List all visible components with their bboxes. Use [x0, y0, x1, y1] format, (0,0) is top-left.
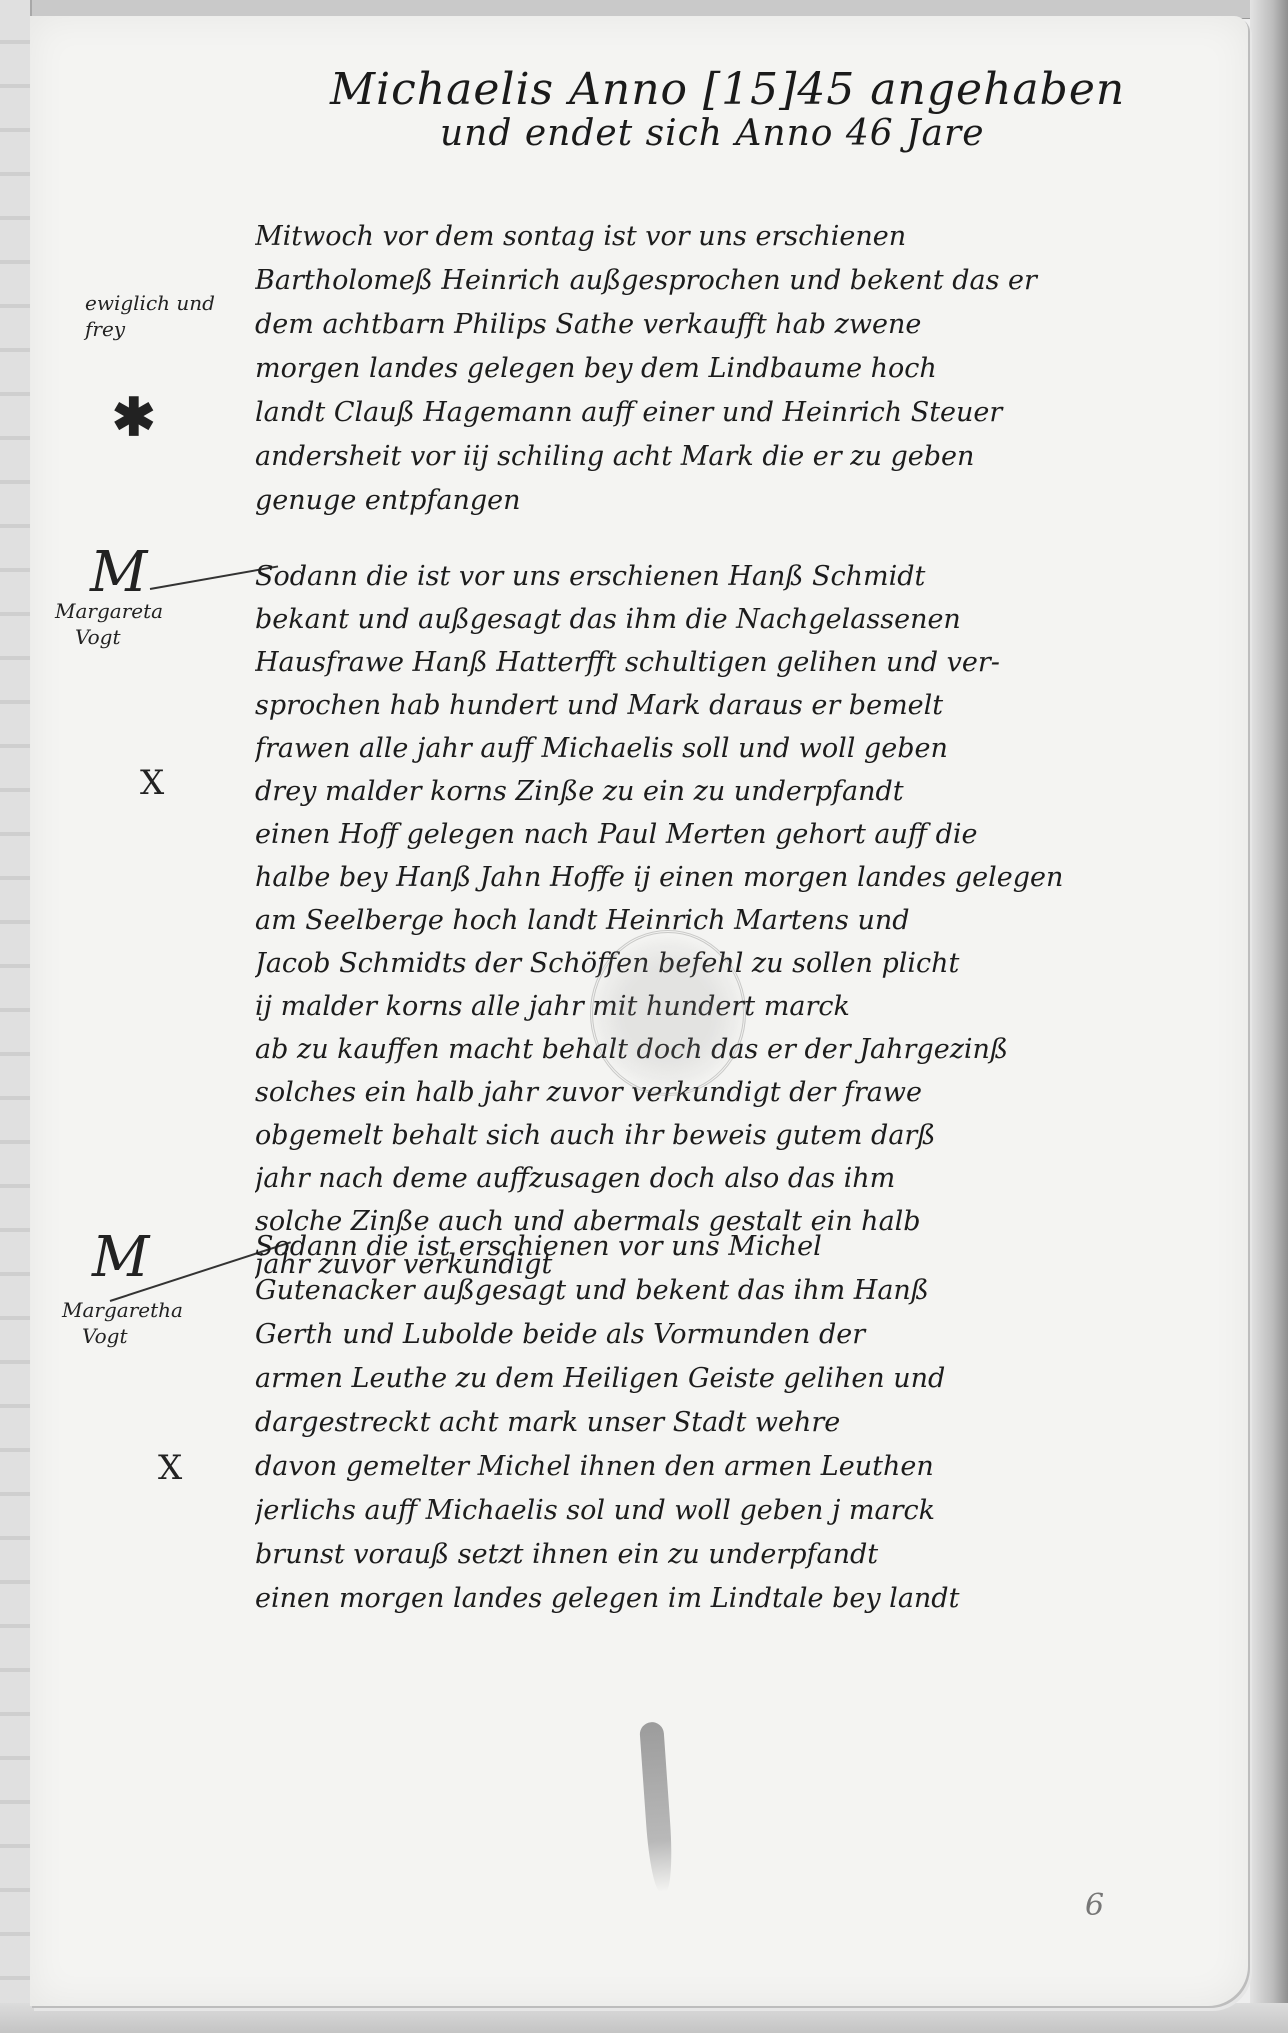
library-stamp-seal: [590, 930, 746, 1096]
cross-mark-icon: X: [140, 770, 164, 796]
margin-note-entry-2: Margareta Vogt: [55, 598, 163, 650]
entry-line: landt Clauß Hagemann auff einer und Hein…: [255, 391, 1230, 435]
entry-line: am Seelberge hoch landt Heinrich Martens…: [255, 899, 1230, 942]
entry-line: dem achtbarn Philips Sathe verkaufft hab…: [255, 303, 1230, 347]
entry-3: Sodann die ist erschienen vor uns Michel…: [255, 1225, 1230, 1621]
margin-note-line: Margaretha: [62, 1297, 183, 1323]
entry-line: Sodann die ist erschienen vor uns Michel: [255, 1225, 1230, 1269]
heading-line-1: Michaelis Anno [15]45 angehaben: [330, 64, 1125, 115]
margin-note-line: frey: [85, 316, 215, 342]
entry-line: solches ein halb jahr zuvor verkundigt d…: [255, 1071, 1230, 1114]
entry-line: einen morgen landes gelegen im Lindtale …: [255, 1577, 1230, 1621]
page-heading: Michaelis Anno [15]45 angehaben und ende…: [330, 68, 1150, 156]
asterisk-mark-icon: ✱: [112, 405, 156, 431]
margin-initial-m: M: [92, 1230, 149, 1286]
entry-line: Bartholomeß Heinrich außgesprochen und b…: [255, 259, 1230, 303]
entry-line: Hausfrawe Hanß Hatterfft schultigen geli…: [255, 641, 1230, 684]
heading-line-2: und endet sich Anno 46 Jare: [330, 112, 1150, 156]
cross-mark-icon: X: [158, 1455, 182, 1481]
entry-line: Mitwoch vor dem sontag ist vor uns ersch…: [255, 215, 1230, 259]
entry-line: genuge entpfangen: [255, 479, 1230, 523]
entry-line: bekant und außgesagt das ihm die Nachgel…: [255, 598, 1230, 641]
entry-line: morgen landes gelegen bey dem Lindbaume …: [255, 347, 1230, 391]
margin-note-line: Vogt: [55, 624, 163, 650]
entry-line: dargestreckt acht mark unser Stadt wehre: [255, 1401, 1230, 1445]
entry-line: davon gemelter Michel ihnen den armen Le…: [255, 1445, 1230, 1489]
book-spine: [0, 0, 32, 2033]
entry-line: jahr nach deme auffzusagen doch also das…: [255, 1157, 1230, 1200]
margin-note-line: Vogt: [62, 1323, 183, 1349]
entry-line: Gerth und Lubolde beide als Vormunden de…: [255, 1313, 1230, 1357]
entry-1: Mitwoch vor dem sontag ist vor uns ersch…: [255, 215, 1230, 523]
entry-line: einen Hoff gelegen nach Paul Merten geho…: [255, 813, 1230, 856]
entry-line: Sodann die ist vor uns erschienen Hanß S…: [255, 555, 1230, 598]
entry-line: halbe bey Hanß Jahn Hoffe ij einen morge…: [255, 856, 1230, 899]
entry-line: brunst vorauß setzt ihnen ein zu underpf…: [255, 1533, 1230, 1577]
entry-line: jerlichs auff Michaelis sol und woll geb…: [255, 1489, 1230, 1533]
book-bottom-edge: [0, 2003, 1288, 2033]
entry-line: armen Leuthe zu dem Heiligen Geiste geli…: [255, 1357, 1230, 1401]
entry-line: sprochen hab hundert und Mark daraus er …: [255, 684, 1230, 727]
entry-line: obgemelt behalt sich auch ihr beweis gut…: [255, 1114, 1230, 1157]
margin-note-entry-3: Margaretha Vogt: [62, 1297, 183, 1349]
margin-note-entry-1: ewiglich und frey: [85, 290, 215, 342]
entry-line: frawen alle jahr auff Michaelis soll und…: [255, 727, 1230, 770]
folio-number: 6: [1085, 1888, 1104, 1923]
margin-initial-m: M: [90, 545, 147, 601]
book-right-edge: [1250, 0, 1288, 2033]
entry-line: drey malder korns Zinße zu ein zu underp…: [255, 770, 1230, 813]
entry-line: andersheit vor iij schiling acht Mark di…: [255, 435, 1230, 479]
margin-note-line: ewiglich und: [85, 290, 215, 316]
entry-line: Gutenacker außgesagt und bekent das ihm …: [255, 1269, 1230, 1313]
entry-line: Jacob Schmidts der Schöffen befehl zu so…: [255, 942, 1230, 985]
entry-2: Sodann die ist vor uns erschienen Hanß S…: [255, 555, 1230, 1286]
margin-note-line: Margareta: [55, 598, 163, 624]
